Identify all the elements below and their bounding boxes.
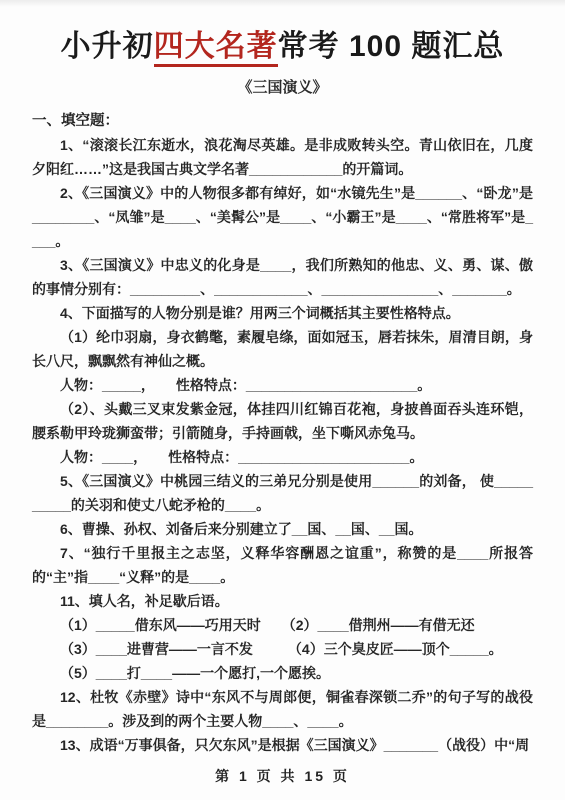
- question-4-desc-1: （1）纶巾羽扇，身衣鹤氅，素履皂绦，面如冠玉，唇若抹朱，眉清目朗，身长八尺，飘飘…: [32, 325, 533, 373]
- question-7: 7、“独行千里报主之志坚，义释华容酬恩之谊重”，称赞的是____所报答的“主”指…: [32, 541, 533, 589]
- worksheet-page: 小升初四大名著常考 100 题汇总 《三国演义》 一、填空题： 1、“滚滚长江东…: [0, 0, 565, 800]
- title-prefix: 小升初: [61, 30, 154, 63]
- book-subtitle: 《三国演义》: [32, 78, 533, 98]
- page-number-indicator: 第 1 页 共 15 页: [0, 766, 565, 786]
- question-2: 2、《三国演义》中的人物很多都有绰好，如“水镜先生”是______、“卧龙”是_…: [32, 181, 533, 253]
- question-6: 6、曹操、孙权、刘备后来分别建立了__国、__国、__国。: [32, 517, 533, 541]
- question-4-answer-line-1: 人物：_____， 性格特点：______________________。: [32, 373, 533, 397]
- question-1: 1、“滚滚长江东逝水，浪花淘尽英雄。是非成败转头空。青山依旧在，几度夕阳红……”…: [32, 133, 533, 181]
- question-4-desc-2: （2）、头戴三叉束发紫金冠，体挂四川红锦百花袍，身披兽面吞头连环铠，腰系勒甲玲珑…: [32, 397, 533, 445]
- title-highlight: 四大名著: [154, 30, 278, 67]
- question-11-item-5: （5）____打____——一个愿打,一个愿挨。: [32, 661, 533, 685]
- question-11-items-1-2: （1）_____借东风——巧用天时 （2）____借荆州——有借无还: [32, 613, 533, 637]
- question-11-items-3-4: （3）____进曹营——一言不发 （4）三个臭皮匠——顶个_____。: [32, 637, 533, 661]
- question-12: 12、杜牧《赤壁》诗中“东风不与周郎便，铜雀春深锁二乔”的句子写的战役是____…: [32, 685, 533, 733]
- question-4-answer-line-2: 人物：____， 性格特点：______________________。: [32, 445, 533, 469]
- question-5: 5、《三国演义》中桃园三结义的三弟兄分别是使用______的刘备， 使_____…: [32, 469, 533, 517]
- question-3: 3、《三国演义》中忠义的化身是____，我们所熟知的他忠、义、勇、谋、傲的事情分…: [32, 253, 533, 301]
- question-13: 13、成语“万事俱备，只欠东风”是根据《三国演义》_______（战役）中“周: [32, 733, 533, 757]
- question-11: 11、填人名，补足歇后语。: [32, 589, 533, 613]
- page-title: 小升初四大名著常考 100 题汇总: [32, 26, 533, 68]
- title-suffix: 常考 100 题汇总: [278, 30, 505, 63]
- question-4: 4、下面描写的人物分别是谁？用两三个词概括其主要性格特点。: [32, 301, 533, 325]
- section-heading: 一、填空题：: [32, 109, 533, 133]
